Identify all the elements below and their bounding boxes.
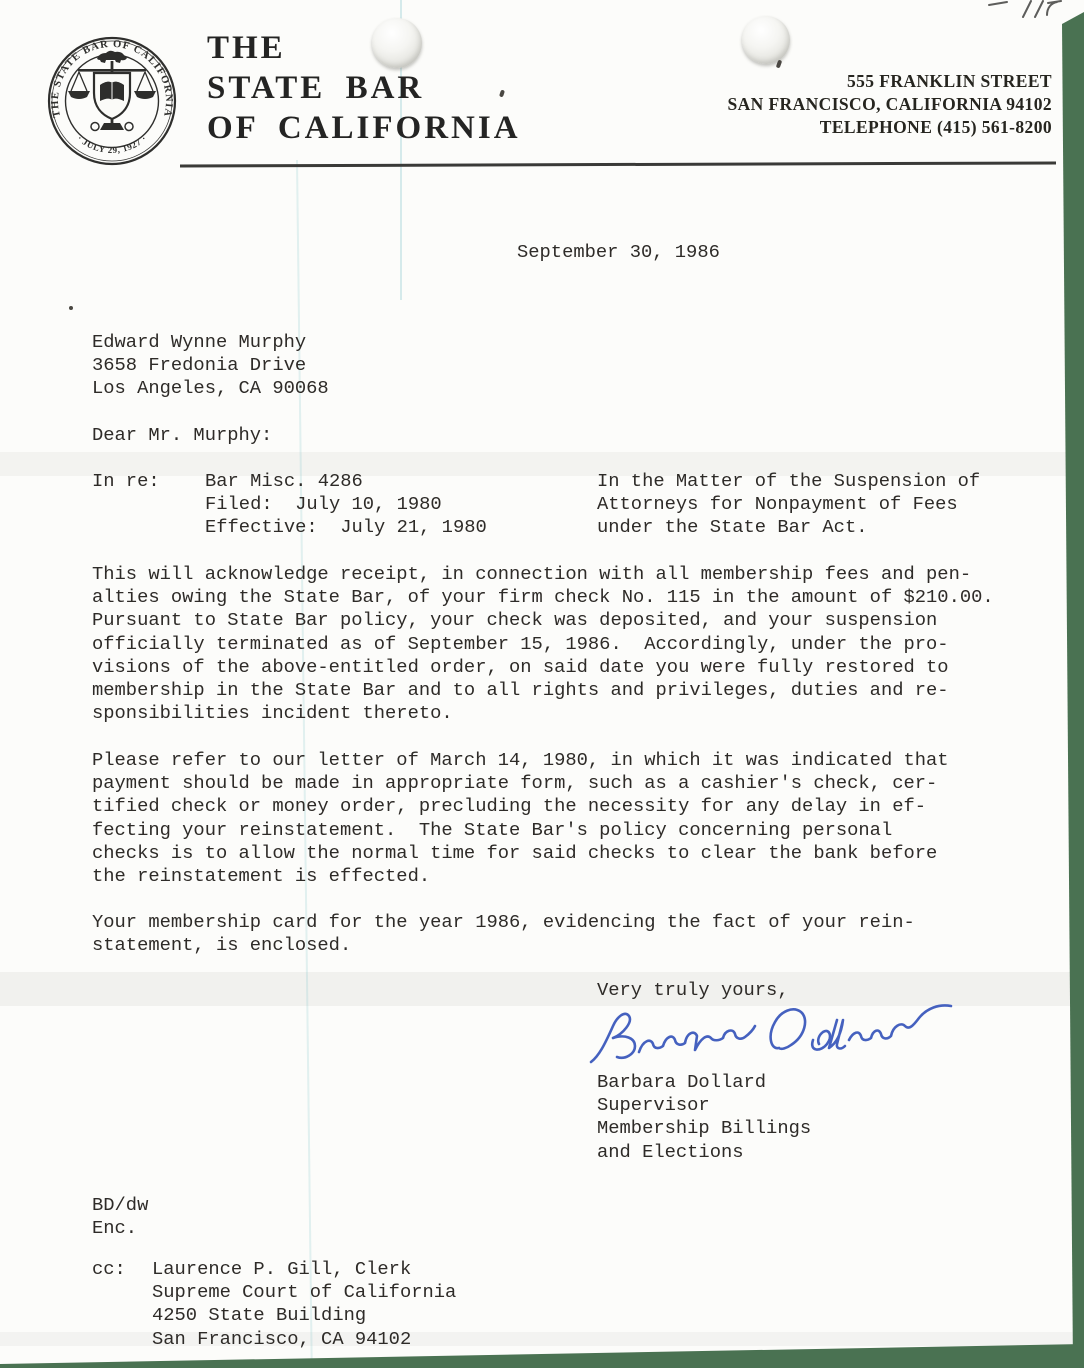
in-re-matter: In the Matter of the Suspension of Attor… (597, 470, 980, 540)
ink-speck (69, 306, 73, 310)
handwritten-signature (583, 996, 963, 1076)
salutation: Dear Mr. Murphy: (92, 424, 272, 447)
svg-text:· JULY 29, 1927 ·: · JULY 29, 1927 · (76, 133, 149, 155)
handwritten-note-115 (985, 0, 1075, 22)
scan-edge-right (1060, 0, 1084, 1368)
scanned-letter-page: THE STATE BAR OF CALIFORNIA · JULY 29, 1… (0, 0, 1084, 1368)
recipient-address: Edward Wynne Murphy 3658 Fredonia Drive … (92, 331, 329, 401)
signer-block: Barbara Dollard Supervisor Membership Bi… (597, 1071, 811, 1164)
seal-emblem-scales-icon (68, 51, 156, 131)
org-address: 555 FRANKLIN STREET SAN FRANCISCO, CALIF… (632, 70, 1052, 139)
letter-date: September 30, 1986 (517, 241, 720, 264)
punch-fastener (742, 16, 790, 64)
letterhead-divider (180, 161, 1056, 167)
body-paragraph-1: This will acknowledge receipt, in connec… (92, 563, 994, 725)
cc-label: cc: (92, 1258, 126, 1281)
state-bar-seal: THE STATE BAR OF CALIFORNIA · JULY 29, 1… (44, 33, 180, 169)
cc-block: Laurence P. Gill, Clerk Supreme Court of… (152, 1258, 456, 1351)
seal-date-text: · JULY 29, 1927 · (76, 133, 149, 155)
body-paragraph-2: Please refer to our letter of March 14, … (92, 749, 949, 888)
in-re-case: Bar Misc. 4286 Filed: July 10, 1980 Effe… (205, 470, 487, 540)
body-paragraph-3: Your membership card for the year 1986, … (92, 911, 915, 957)
reference-initials: BD/dw Enc. (92, 1194, 148, 1240)
org-name: THE STATE BAR OF CALIFORNIA (207, 28, 521, 148)
ink-speck (776, 60, 782, 69)
punch-fastener (372, 18, 422, 68)
in-re-label: In re: (92, 470, 160, 493)
